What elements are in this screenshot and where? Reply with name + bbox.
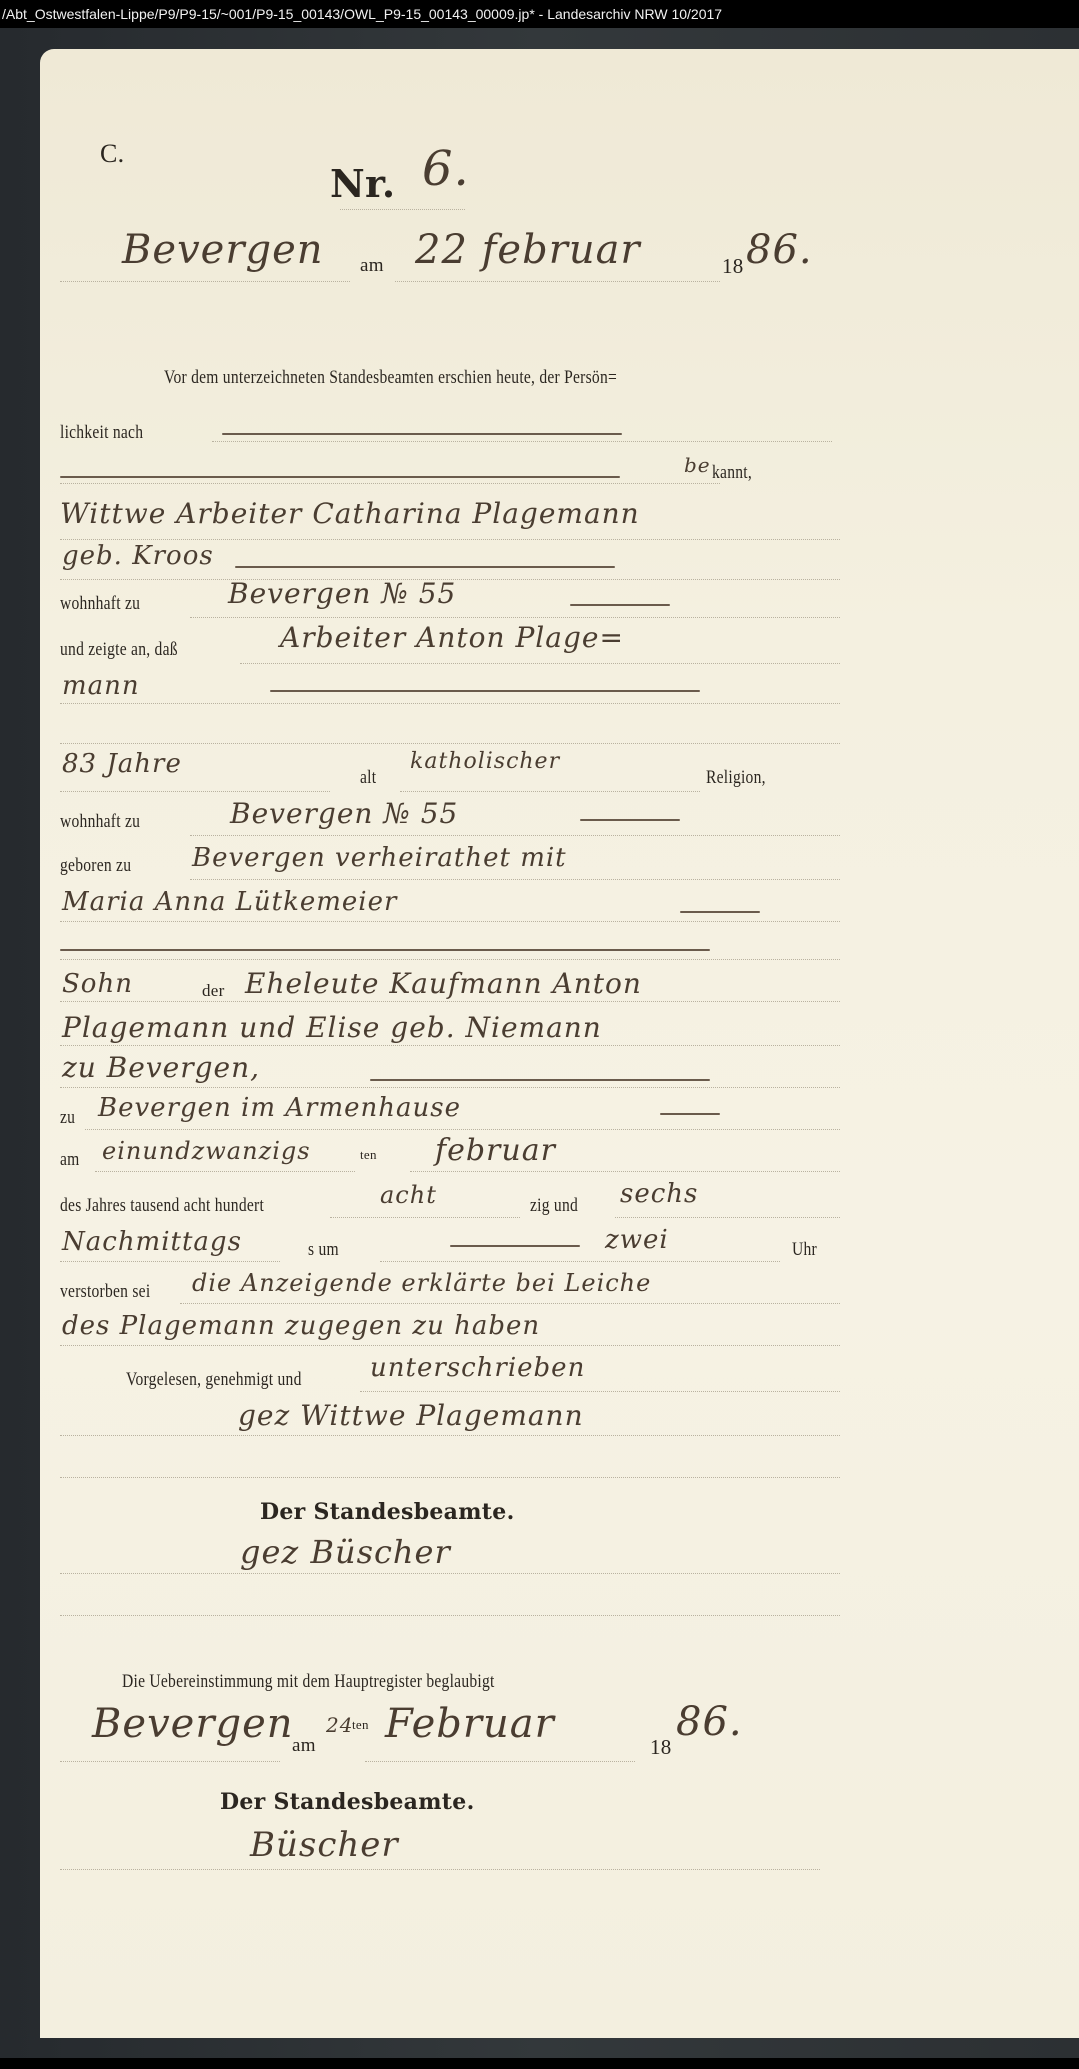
death-year-unit: sechs [620,1179,698,1209]
intro-line-1: Vor dem unterzeichneten Standesbeamten e… [164,367,617,389]
uhr-label: Uhr [792,1239,817,1261]
religion-label: Religion, [706,767,766,789]
deceased-residence: Bevergen № 55 [230,797,458,830]
residence-label: wohnhaft zu [60,593,140,615]
year-suffix: 86. [746,227,813,273]
intro-line-2: lichkeit nach [60,422,143,444]
deceased-name-cont: mann [62,671,140,701]
cert-ten-label: ten [352,1717,369,1733]
bottom-bar [0,2058,1079,2069]
religion-value: katholischer [410,749,560,774]
deceased-residence-label: wohnhaft zu [60,811,140,833]
am-label: am [360,255,384,277]
decade-suffix: zig und [530,1195,578,1217]
declarant-residence: Bevergen № 55 [228,577,456,610]
registration-place: Bevergen [122,227,324,273]
read-label: Vorgelesen, genehmigt und [126,1369,302,1391]
death-remark-1: die Anzeigende erklärte bei Leiche [192,1269,651,1297]
parents-line-1: Eheleute Kaufmann Anton [245,967,642,1000]
born-label: geboren zu [60,855,131,877]
cert-place: Bevergen [92,1701,294,1747]
year-prefix: 18 [722,254,744,279]
window-title-bar: /Abt_Ostwestfalen-Lippe/P9/P9-15/~001/P9… [0,0,1079,28]
known-suffix: kannt, [712,462,752,484]
cert-registrar-title: Der Standesbeamte. [220,1789,475,1815]
ten-label: ten [360,1147,377,1163]
cert-year-prefix: 18 [650,1735,672,1760]
death-day: einundzwanzigs [102,1137,311,1165]
read-value: unterschrieben [370,1353,585,1383]
cert-day: 24 [326,1713,353,1737]
time-of-day: Nachmittags [62,1227,242,1257]
year-label: des Jahres tausend acht hundert [60,1195,264,1217]
registration-date: 22 februar [415,227,641,273]
death-hour: zwei [605,1225,669,1255]
declarant-maiden-name: geb. Kroos [62,541,214,571]
parents-der: der [202,981,225,1001]
registrar-signature: gez Büscher [240,1533,451,1571]
declarant-name: Wittwe Arbeiter Catharina Plagemann [60,497,640,530]
parents-line-2: Plagemann und Elise geb. Niemann [62,1011,602,1044]
place-of-death: Bevergen im Armenhause [98,1093,461,1123]
death-month: februar [435,1133,556,1168]
parents-line-3: zu Bevergen, [62,1051,260,1084]
register-number: 6. [422,141,470,197]
death-register-page: C. Nr. 6. Bevergen am 22 februar 18 86. … [40,49,1079,2038]
age-label: alt [360,767,376,789]
birthplace: Bevergen verheirathet mit [192,843,567,873]
died-label: verstorben sei [60,1281,150,1303]
cert-am-label: am [292,1735,316,1757]
death-decade: acht [380,1181,437,1209]
parents-son-of: Sohn [62,969,133,999]
cert-registrar-signature: Büscher [250,1825,399,1865]
known-prefix: be [684,453,711,477]
spouse-name: Maria Anna Lütkemeier [62,887,397,917]
window-title: /Abt_Ostwestfalen-Lippe/P9/P9-15/~001/P9… [2,6,722,22]
reported-label: und zeigte an, daß [60,639,178,661]
number-label: Nr. [330,161,395,206]
death-remark-2: des Plagemann zugegen zu haben [62,1311,540,1341]
time-suffix: s um [308,1239,339,1261]
place-of-death-label: zu [60,1107,75,1129]
declarant-signature: gez Wittwe Plagemann [238,1399,584,1432]
form-letter: C. [100,139,124,169]
cert-year-suffix: 86. [676,1699,743,1745]
deceased-name: Arbeiter Anton Plage= [280,621,624,654]
cert-month: Februar [385,1701,555,1747]
death-day-label: am [60,1149,80,1171]
certification-text: Die Uebereinstimmung mit dem Hauptregist… [122,1671,495,1693]
registrar-title: Der Standesbeamte. [260,1499,515,1525]
age-value: 83 Jahre [62,749,182,779]
